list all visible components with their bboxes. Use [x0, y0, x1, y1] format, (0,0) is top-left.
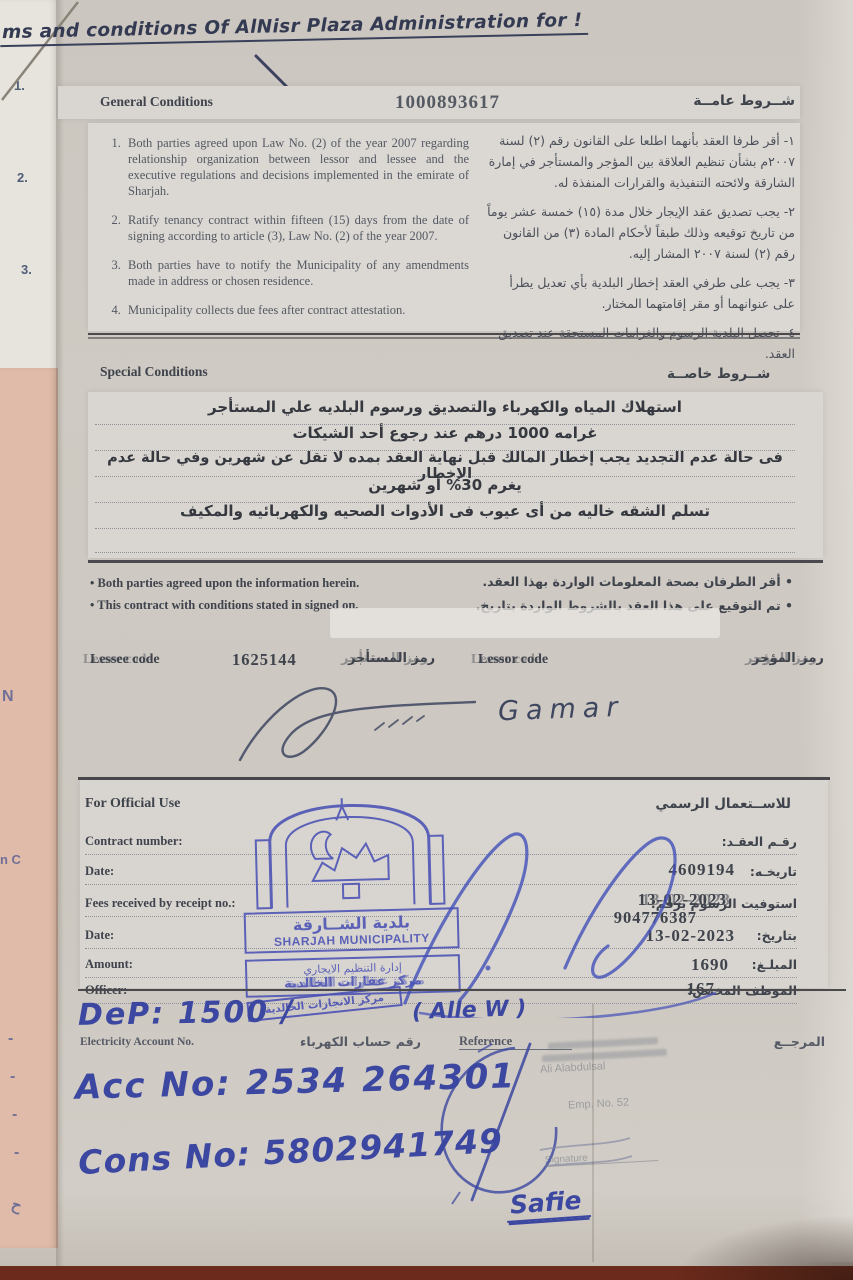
reference-label-ar: المرجــع [774, 1034, 825, 1049]
general-item-ar: ١- أقر طرفا العقد بأنهما اطلعا على القان… [485, 130, 795, 193]
corner-shadow [673, 1215, 853, 1280]
official-label-ar: بتاريخ: [757, 928, 797, 943]
general-title-en: General Conditions [100, 94, 213, 110]
general-item-en: Municipality collects due fees after con… [124, 302, 469, 318]
official-label-en: Date: [85, 864, 114, 879]
lessee-signature [225, 668, 535, 773]
special-line: استهلاك المياه والكهرباء والتصديق ورسوم … [95, 398, 795, 425]
electricity-account-label-en: Electricity Account No. [80, 1036, 194, 1048]
margin-number-2: 2. [17, 170, 28, 185]
special-line: فى حالة عدم التجديد يجب إخطار المالك قبل… [95, 450, 795, 477]
electricity-account-label-ar: رقم حساب الكهرباء [300, 1034, 421, 1049]
paper-edge-shadow [56, 0, 64, 1268]
official-label-en: Contract number: [85, 834, 183, 849]
official-label-ar: المبلـغ: [752, 957, 797, 972]
pink-sheet-fragment: - [8, 1030, 13, 1048]
lessee-code-label: Lessee code [90, 652, 160, 668]
paren-note: ( Alle W ) [412, 996, 527, 1025]
erasure-mark [330, 608, 720, 638]
special-line: غرامه 1000 درهم عند رجوع أحد الشيكات [95, 424, 795, 451]
margin-number-3: 3. [21, 262, 32, 277]
official-label-ar: تاريخـه: [750, 864, 797, 879]
pink-sheet-fragment: n C [0, 852, 21, 867]
right-paper-edge [800, 0, 853, 1262]
general-item-ar: ٣- يجب على طرفي العقد إخطار البلدية بأي … [485, 272, 795, 314]
lessee-code-value: 1625144 [232, 650, 297, 670]
special-line: تسلم الشقه خاليه من أى عيوب فى الأدوات ا… [95, 502, 795, 529]
divider [88, 560, 823, 563]
agreement-bullet-en: • Both parties agreed upon the informati… [90, 576, 359, 591]
divider [88, 337, 800, 339]
official-title-ar: للاســتعمال الرسمي [655, 796, 791, 812]
pink-sheet-fragment: - [12, 1106, 17, 1124]
official-title-en: For Official Use [85, 796, 180, 812]
officer-signature-name: Safie [505, 1185, 591, 1223]
lessor-code-label-ar: رمز المؤجر [752, 651, 824, 666]
special-line: يغرم 30% أو شهرين [95, 476, 795, 503]
left-pink-sheet [0, 368, 58, 1248]
lessor-code-label: Lessor code [478, 652, 548, 668]
divider [78, 989, 846, 991]
scanned-tenancy-contract: 1. 2. 3. N n C - - - - ح ms and conditio… [0, 0, 853, 1280]
deposit-note: DeP: 1500 / [78, 994, 295, 1033]
divider [88, 333, 800, 335]
general-item-ar: ٤- تحصل البلدية الرسوم والغرامات المستحق… [485, 322, 795, 364]
general-item-ar: ٢- يجب تصديق عقد الإيجار خلال مدة (١٥) خ… [485, 201, 795, 264]
general-conditions-list-ar: ١- أقر طرفا العقد بأنهما اطلعا على القان… [485, 130, 795, 364]
general-conditions-list-en: Both parties agreed upon Law No. (2) of … [100, 135, 469, 331]
special-empty-line [95, 528, 795, 553]
special-title-ar: شــروط خاصــة [667, 366, 770, 382]
official-signature [360, 818, 740, 1018]
general-item-en: Ratify tenancy contract within fifteen (… [124, 212, 469, 244]
fold-crease [592, 1004, 594, 1262]
lessee-code-label-ar: رمز المستأجر [348, 651, 435, 666]
agreement-bullet-ar: • أقر الطرفان بصحة المعلومات الواردة بهذ… [482, 574, 793, 589]
pink-sheet-fragment: - [10, 1068, 15, 1086]
pink-sheet-fragment: - [14, 1144, 19, 1162]
official-label-en: Fees received by receipt no.: [85, 896, 236, 911]
general-doc-number: 1000893617 [395, 92, 500, 114]
agreement-bullet-en: • This contract with conditions stated i… [90, 598, 358, 613]
reference-scribble [420, 1042, 640, 1212]
special-title-en: Special Conditions [100, 364, 208, 380]
general-title-ar: شــروط عامــة [693, 93, 795, 109]
general-item-en: Both parties agreed upon Law No. (2) of … [124, 135, 469, 199]
official-label-en: Amount: [85, 957, 133, 972]
general-item-en: Both parties have to notify the Municipa… [124, 257, 469, 289]
official-label-en: Date: [85, 928, 114, 943]
pink-sheet-fragment: N [2, 688, 18, 706]
lessor-signature: Gamar [497, 692, 624, 727]
